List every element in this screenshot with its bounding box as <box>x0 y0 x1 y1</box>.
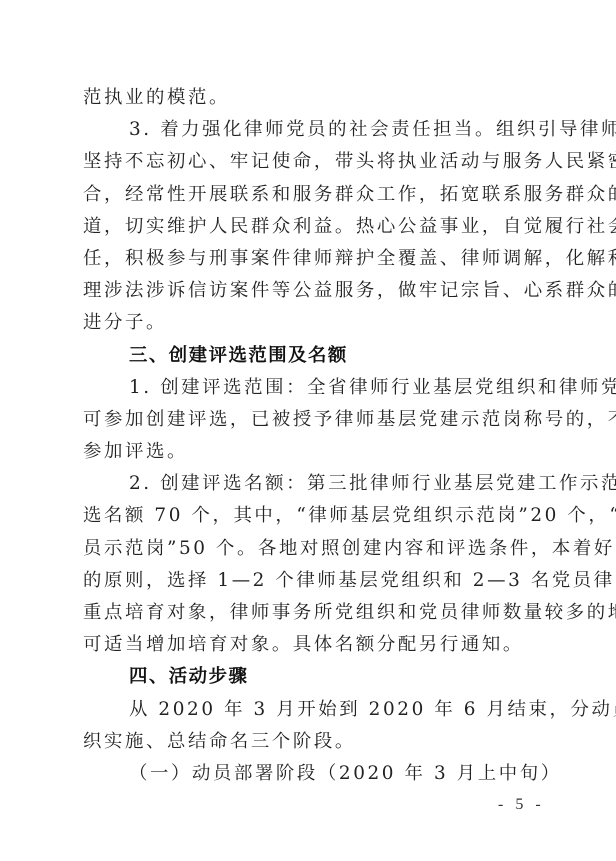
paragraph-line: 理涉法涉诉信访案件等公益服务，做牢记宗旨、心系群众的先 <box>83 275 535 307</box>
paragraph-line: 坚持不忘初心、牢记使命，带头将执业活动与服务人民紧密结 <box>83 146 535 178</box>
paragraph-line: 可适当增加培育对象。具体名额分配另行通知。 <box>83 629 535 661</box>
paragraph-line: 织实施、总结命名三个阶段。 <box>83 726 535 758</box>
section-heading: 三、创建评选范围及名额 <box>83 340 535 372</box>
document-body: 范执业的模范。 3. 着力强化律师党员的社会责任担当。组织引导律师党员 坚持不忘… <box>83 82 535 790</box>
paragraph-line: 参加评选。 <box>83 436 535 468</box>
paragraph-line: 可参加创建评选，已被授予律师基层党建示范岗称号的，不再 <box>83 404 535 436</box>
section-heading: 四、活动步骤 <box>83 661 535 693</box>
paragraph-line: 的原则，选择 1—2 个律师基层党组织和 2—3 名党员律师作为 <box>83 565 535 597</box>
paragraph-line: 重点培育对象，律师事务所党组织和党员律师数量较多的地方， <box>83 597 535 629</box>
subsection-heading: （一）动员部署阶段（2020 年 3 月上中旬） <box>83 758 535 790</box>
paragraph-line: 道，切实维护人民群众利益。热心公益事业，自觉履行社会责 <box>83 211 535 243</box>
document-page: 范执业的模范。 3. 着力强化律师党员的社会责任担当。组织引导律师党员 坚持不忘… <box>0 0 616 861</box>
paragraph-line: 从 2020 年 3 月开始到 2020 年 6 月结束，分动员部署、组 <box>83 694 535 726</box>
paragraph-line: 进分子。 <box>83 307 535 339</box>
page-number: - 5 - <box>498 796 545 814</box>
paragraph-line: 范执业的模范。 <box>83 82 535 114</box>
paragraph-line: 合，经常性开展联系和服务群众工作，拓宽联系服务群众的渠 <box>83 179 535 211</box>
paragraph-line: 员示范岗”50 个。各地对照创建内容和评选条件，本着好中选优 <box>83 533 535 565</box>
paragraph-line: 2. 创建评选名额：第三批律师行业基层党建工作示范岗评 <box>83 468 535 500</box>
paragraph-line: 选名额 70 个，其中，“律师基层党组织示范岗”20 个，“律师党 <box>83 500 535 532</box>
paragraph-line: 1. 创建评选范围：全省律师行业基层党组织和律师党员均 <box>83 372 535 404</box>
paragraph-line: 任，积极参与刑事案件律师辩护全覆盖、律师调解，化解和代 <box>83 243 535 275</box>
paragraph-line: 3. 着力强化律师党员的社会责任担当。组织引导律师党员 <box>83 114 535 146</box>
